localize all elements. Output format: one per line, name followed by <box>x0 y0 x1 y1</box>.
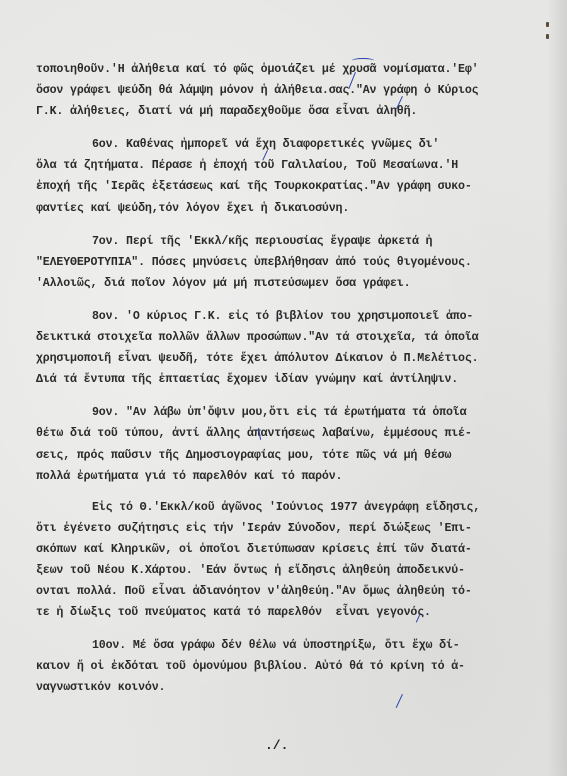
text-line: "ΕΛΕΥΘΕΡΟΤΥΠΙΑ". Πόσες μηνύσεις ὑπεβλήθη… <box>36 252 506 273</box>
typewritten-text: τοποιηθοῦν.'Η ἀλήθεια καί τό φῶς ὁμοιάζε… <box>36 59 506 699</box>
paragraph-1977-start: Εἰς τό Θ.'Εκκλ/κοῦ ἀγῶνος 'Ιούνιος 1977 … <box>36 497 506 518</box>
margin-mark <box>546 22 549 27</box>
text-line: χρησιμοποιῆ εἶναι ψευδῆ, τότε ἔχει ἀπόλυ… <box>36 348 506 369</box>
margin-mark <box>546 34 549 39</box>
text-line: τοποιηθοῦν.'Η ἀλήθεια καί τό φῶς ὁμοιάζε… <box>36 59 506 80</box>
text-line: πολλά ἐρωτήματα γιά τό παρελθόν καί τό π… <box>36 466 506 487</box>
text-line: καιον ἤ οἱ ἐκδόται τοῦ ὁμονύμου βιβλίου.… <box>36 656 506 677</box>
paragraph-10-start: 10ον. Μέ ὅσα γράφω δέν θέλω νά ὑποστηρίξ… <box>36 635 506 656</box>
paragraph-8-start: 8ον. 'Ο κύριος Γ.Κ. εἰς τό βιβλίον του χ… <box>36 306 506 327</box>
text-line: ναγνωστικόν κοινόν. <box>36 677 506 698</box>
text-line: ονται πολλά. Ποῦ εἶναι ἀδιανόητον ν'ἀληθ… <box>36 581 506 602</box>
paragraph-7-start: 7ον. Περί τῆς 'Εκκλ/κῆς περιουσίας ἔγραψ… <box>36 231 506 252</box>
text-line: Γ.Κ. ἀλήθειες, διατί νά μή παραδεχθοῦμε … <box>36 101 506 122</box>
text-line: τε ἡ δίωξις τοῦ πνεύματος κατά τό παρελθ… <box>36 602 506 623</box>
text-line: σκόπων καί Κληρικῶν, οἱ ὁποῖοι διετύπωσα… <box>36 539 506 560</box>
text-line: ὅτι ἐγένετο συζήτησις εἰς τήν 'Ιεράν Σύν… <box>36 518 506 539</box>
scanned-page: τοποιηθοῦν.'Η ἀλήθεια καί τό φῶς ὁμοιάζε… <box>0 0 567 776</box>
text-line: θέτω διά τοῦ τύπου, ἀντί ἄλλης ἀπαντήσεω… <box>36 423 506 444</box>
text-line: ξεων τοῦ Νέου Κ.Χάρτου. 'Εάν ὄντως ἡ εἴδ… <box>36 560 506 581</box>
text-line: ὅλα τά ζητήματα. Πέρασε ἡ ἐποχή τοῦ Γαλι… <box>36 155 506 176</box>
text-line: σεις, πρός παῦσιν τῆς Δημοσιογραφίας μου… <box>36 445 506 466</box>
text-line: δεικτικά στοιχεῖα πολλῶν ἄλλων προσώπων.… <box>36 327 506 348</box>
text-line: φαντίες καί ψεύδη,τόν λόγον ἔχει ἡ δικαι… <box>36 198 506 219</box>
text-line: Διά τά ἔντυπα τῆς ἑπταετίας ἔχομεν ἰδίαν… <box>36 369 506 390</box>
page-end-mark: ./. <box>265 738 288 753</box>
pen-mark-arc <box>352 58 374 63</box>
text-line: ὅσον γράφει ψεύδη θά λάμψη μόνον ἡ ἀλήθε… <box>36 80 506 101</box>
text-line: ἐποχή τῆς 'Ιερᾶς ἐξετάσεως καί τῆς Τουρκ… <box>36 176 506 197</box>
text-line: 'Αλλοιῶς, διά ποῖον λόγον μά μή πιστεύσω… <box>36 273 506 294</box>
paragraph-9-start: 9ον. "Αν λάβω ὑπ'ὄψιν μου,ὅτι εἰς τά ἐρω… <box>36 402 506 423</box>
paragraph-6-start: 6ον. Καθένας ἠμπορεῖ νά ἔχη διαφορετικές… <box>36 134 506 155</box>
